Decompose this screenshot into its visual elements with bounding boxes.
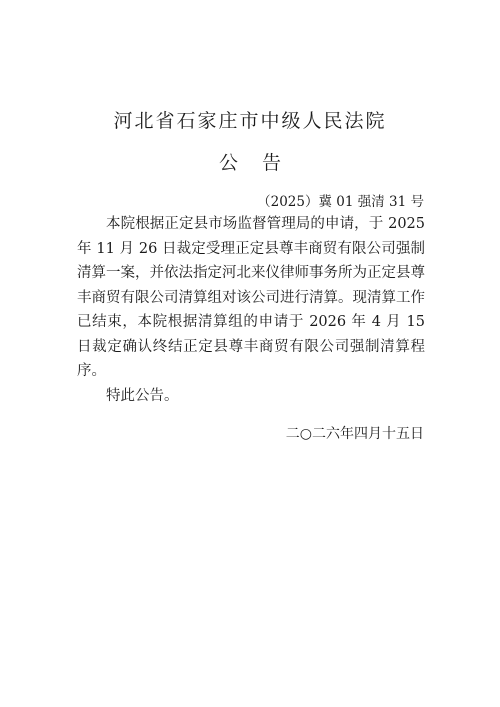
body-paragraph-main: 本院根据正定县市场监督管理局的申请，于 2025 年 11 月 26 日裁定受理…	[77, 212, 425, 384]
issue-date: 二○二六年四月十五日	[286, 423, 424, 443]
announcement-body: 本院根据正定县市场监督管理局的申请，于 2025 年 11 月 26 日裁定受理…	[77, 212, 425, 408]
document-type: 公告	[0, 148, 500, 175]
court-name: 河北省石家庄市中级人民法院	[0, 106, 500, 133]
case-number: （2025）冀 01 强清 31 号	[257, 190, 424, 210]
body-paragraph-closing: 特此公告。	[77, 384, 425, 409]
